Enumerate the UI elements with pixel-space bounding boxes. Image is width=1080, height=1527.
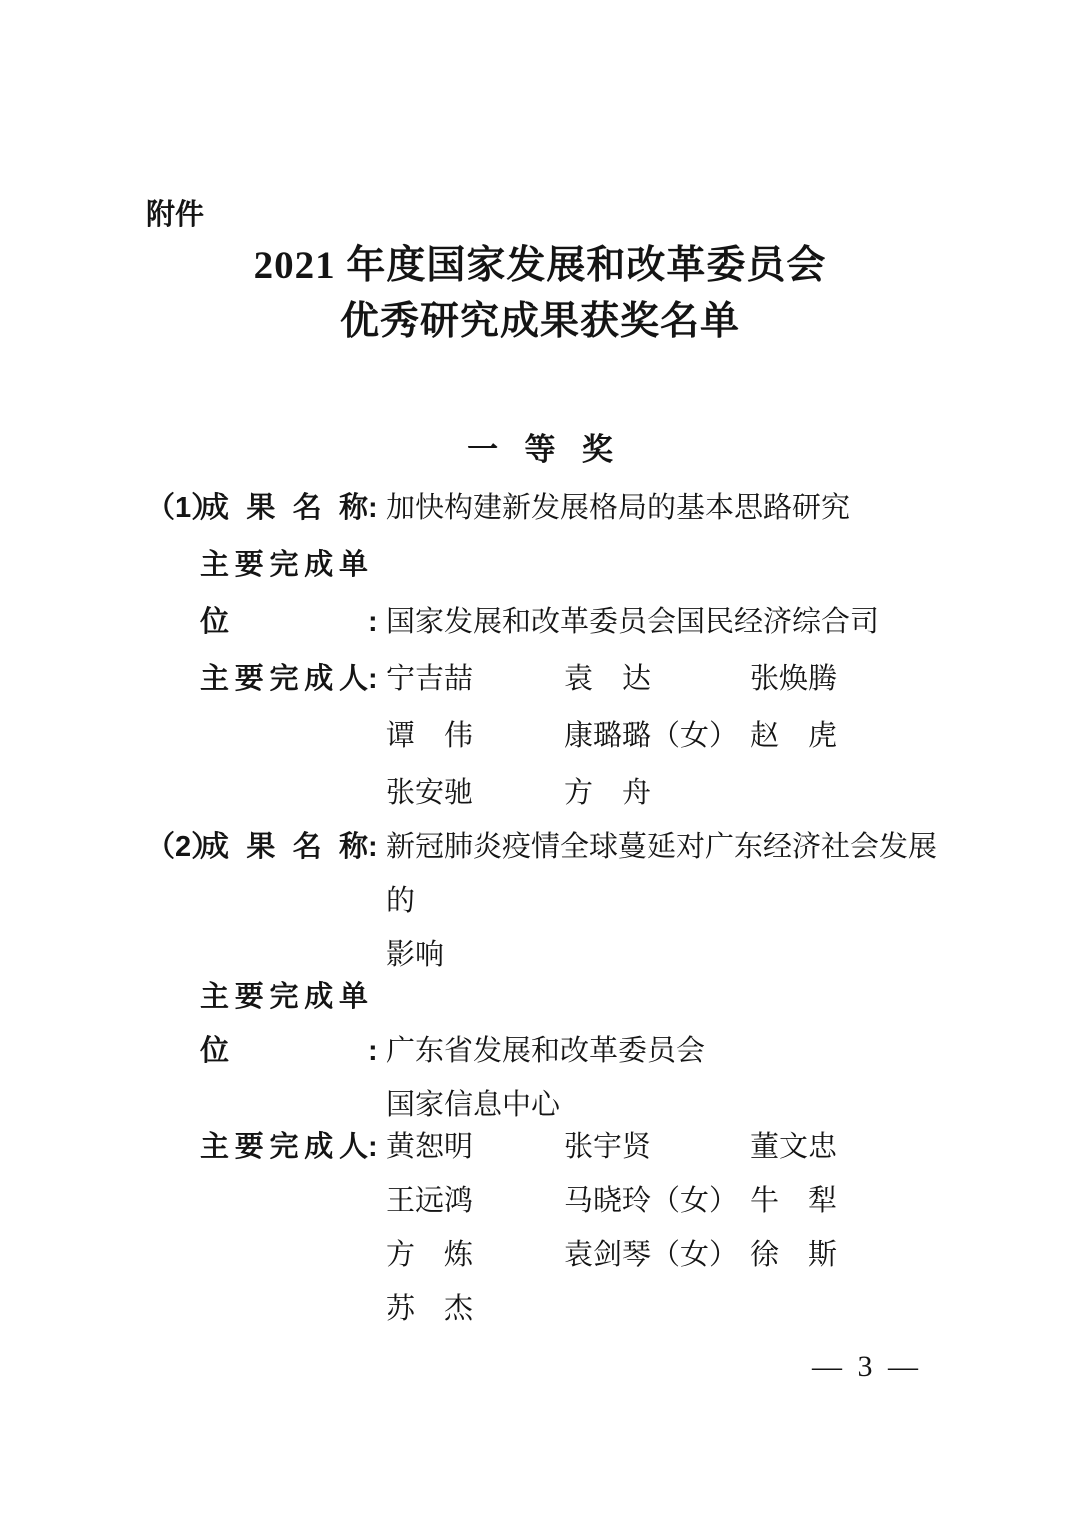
award-entry-2: （2） 成果名称 : 新冠肺炎疫情全球蔓延对广东经济社会发展的 影响 主要完成单… (146, 820, 950, 1336)
person-name: 袁 达 (564, 651, 750, 708)
document-page: 附件 2021 年度国家发展和改革委员会 优秀研究成果获奖名单 一等奖 （1） … (0, 0, 1080, 1527)
entry-1-unit: 国家发展和改革委员会国民经济综合司 (386, 594, 950, 651)
document-title-line-2: 优秀研究成果获奖名单 (0, 294, 1080, 350)
label-colon: : (368, 1120, 386, 1174)
main-units-label: 主要完成单位 (200, 970, 368, 1078)
person-name (564, 1282, 750, 1336)
person-name: 张宇贤 (564, 1120, 750, 1174)
person-name: 赵 虎 (750, 708, 950, 765)
entry-1-people-row-3: 张安驰 方 舟 (146, 765, 950, 822)
person-name: 马晓玲（女） (564, 1174, 750, 1228)
award-entry-1: （1） 成果名称 : 加快构建新发展格局的基本思路研究 主要完成单位 : 国家发… (146, 480, 950, 822)
label-colon: : (368, 1024, 386, 1078)
label-colon: : (368, 820, 386, 874)
result-name-label: 成果名称 (200, 820, 368, 874)
entry-1-people-row-1: 主要完成人 : 宁吉喆 袁 达 张焕腾 (146, 651, 950, 708)
entry-2-index: （2） (146, 820, 200, 874)
main-people-label: 主要完成人 (200, 651, 368, 708)
entry-1-people-row-2: 谭 伟 康璐璐（女） 赵 虎 (146, 708, 950, 765)
entry-2-unit-1: 广东省发展和改革委员会 (386, 1024, 950, 1078)
label-colon: : (368, 651, 386, 708)
result-name-label: 成果名称 (200, 480, 368, 537)
person-name: 方 舟 (564, 765, 750, 822)
entry-1-index: （1） (146, 480, 200, 537)
document-title-line-1: 2021 年度国家发展和改革委员会 (0, 238, 1080, 294)
person-name (750, 765, 950, 822)
entry-1-unit-row: 主要完成单位 : 国家发展和改革委员会国民经济综合司 (146, 537, 950, 651)
person-name: 董文忠 (750, 1120, 950, 1174)
entry-2-people-row-3: 方 炼 袁剑琴（女） 徐 斯 (146, 1228, 950, 1282)
person-name: 谭 伟 (386, 708, 564, 765)
person-name: 黄恕明 (386, 1120, 564, 1174)
person-name: 张焕腾 (750, 651, 950, 708)
label-colon: : (368, 480, 386, 537)
person-name: 康璐璐（女） (564, 708, 750, 765)
label-colon: : (368, 594, 386, 651)
award-tier-heading: 一等奖 (0, 424, 1080, 469)
person-name: 苏 杰 (386, 1282, 564, 1336)
person-name: 袁剑琴（女） (564, 1228, 750, 1282)
entry-2-people-row-2: 王远鸿 马晓玲（女） 牛 犁 (146, 1174, 950, 1228)
main-people-label: 主要完成人 (200, 1120, 368, 1174)
person-name (750, 1282, 950, 1336)
entry-2-result-name-line-2: 影响 (386, 928, 950, 982)
document-title: 2021 年度国家发展和改革委员会 优秀研究成果获奖名单 (0, 238, 1080, 350)
person-name: 宁吉喆 (386, 651, 564, 708)
person-name: 王远鸿 (386, 1174, 564, 1228)
entry-2-people-row-1: 主要完成人 : 黄恕明 张宇贤 董文忠 (146, 1120, 950, 1174)
person-name: 牛 犁 (750, 1174, 950, 1228)
entry-1-result-name: 加快构建新发展格局的基本思路研究 (386, 480, 950, 537)
person-name: 张安驰 (386, 765, 564, 822)
entry-1-result-name-row: （1） 成果名称 : 加快构建新发展格局的基本思路研究 (146, 480, 950, 537)
entry-2-result-name-line-1: 新冠肺炎疫情全球蔓延对广东经济社会发展的 (386, 820, 950, 928)
attachment-label: 附件 (146, 192, 204, 233)
page-number: — 3 — (812, 1350, 922, 1384)
person-name: 徐 斯 (750, 1228, 950, 1282)
entry-2-people-row-4: 苏 杰 (146, 1282, 950, 1336)
entry-2-result-name-row: （2） 成果名称 : 新冠肺炎疫情全球蔓延对广东经济社会发展的 (146, 820, 950, 928)
person-name: 方 炼 (386, 1228, 564, 1282)
main-units-label: 主要完成单位 (200, 537, 368, 651)
entry-2-unit-row-1: 主要完成单位 : 广东省发展和改革委员会 (146, 970, 950, 1078)
